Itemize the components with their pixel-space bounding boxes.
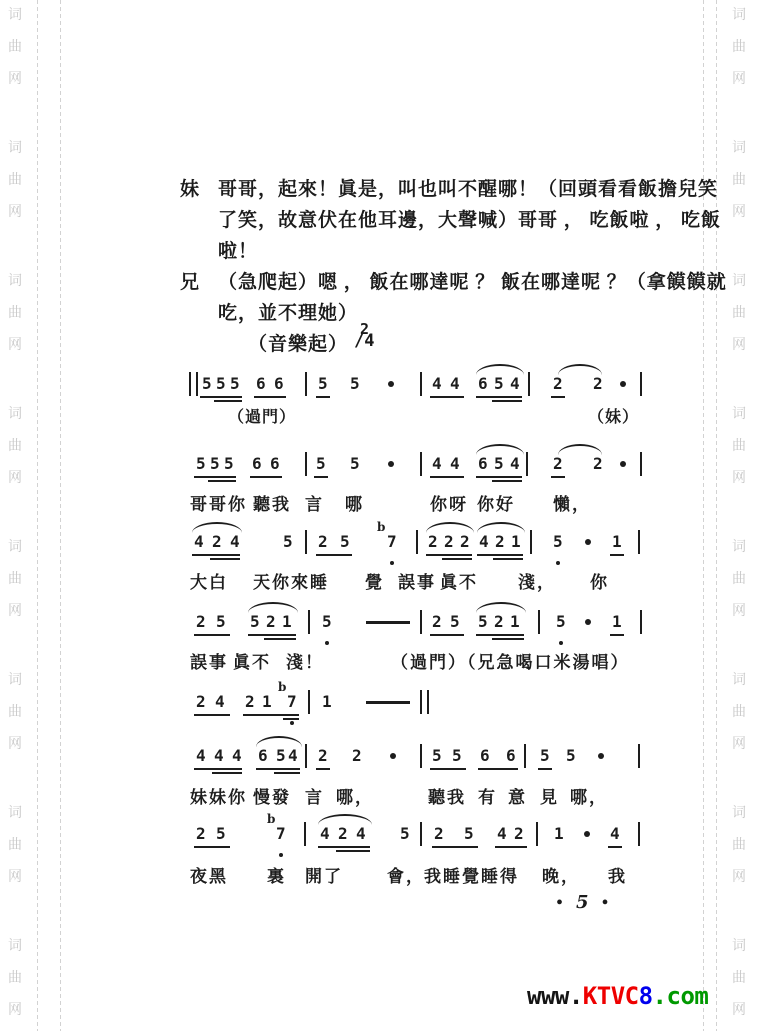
beam-underline: [316, 768, 330, 770]
barline: [530, 530, 532, 554]
score-note: 6: [478, 374, 488, 393]
augmentation-dot: [620, 461, 626, 467]
beam-underline-2: [336, 850, 370, 852]
score-note: 5: [400, 824, 410, 843]
barline: [524, 744, 526, 768]
side-watermark-char: 词: [8, 270, 22, 290]
side-watermark-char: 词: [8, 935, 22, 955]
score-note: 2: [428, 532, 438, 551]
lyric-syllable: 夜黑: [190, 862, 228, 887]
score-note: 2: [460, 532, 470, 551]
score-note: 4: [610, 824, 620, 843]
side-watermark-char: 曲: [732, 302, 746, 322]
dialogue-line: 妹哥哥，起來！眞是，叫也叫不醒哪！（回頭看看飯擔兒笑: [180, 174, 670, 205]
score-note: 2: [553, 374, 563, 393]
score-line: 44465422556655: [0, 738, 760, 784]
score-note: 6: [256, 374, 266, 393]
side-watermark-char: 网: [732, 999, 746, 1019]
score-line: 424525b722242151: [0, 524, 760, 570]
page-number-value: 5: [576, 892, 589, 913]
barline: [536, 822, 538, 846]
beam-underline-2: [283, 718, 299, 720]
score-note: 5: [196, 454, 206, 473]
score-note: 5: [224, 454, 234, 473]
score-note: 5: [350, 454, 360, 473]
score-note: 2: [196, 824, 206, 843]
lyric-row: 大白天你來睡覺誤事眞不淺，你: [0, 568, 760, 592]
lyric-syllable: 言: [305, 783, 324, 808]
score-note: 1: [612, 532, 622, 551]
side-watermark-char: 词: [8, 137, 22, 157]
beam-underline: [318, 846, 370, 848]
beam-underline: [610, 634, 624, 636]
beam-underline: [194, 634, 230, 636]
lyric-row: 誤事眞不淺！（過門）（兄急喝口米湯唱）: [0, 648, 760, 672]
score-note: 2: [432, 612, 442, 631]
beam-underline: [250, 476, 282, 478]
beam-underline: [495, 846, 527, 848]
score-note: 2: [212, 532, 222, 551]
barline: [638, 822, 640, 846]
lyric-row: 妹妹你慢發言哪，聽我有意見哪，: [0, 783, 760, 807]
barline: [305, 452, 307, 476]
beam-underline: [243, 714, 299, 716]
lyric-syllable: 會，: [387, 862, 425, 887]
score-note: 2: [196, 692, 206, 711]
beam-underline: [608, 846, 622, 848]
lyric-syllable: 懶，: [553, 490, 591, 515]
barline: [640, 452, 642, 476]
beam-underline-2: [210, 558, 240, 560]
lyric-syllable: 聽我: [253, 490, 291, 515]
side-watermark-char: 曲: [732, 169, 746, 189]
beam-underline: [192, 554, 240, 556]
score-note: 5: [350, 374, 360, 393]
lyric-syllable: 言: [305, 490, 324, 515]
score-note: 4: [230, 532, 240, 551]
score-note: 2: [196, 612, 206, 631]
score-note: 1: [612, 612, 622, 631]
beam-underline: [477, 554, 523, 556]
score-note: 5: [478, 612, 488, 631]
score-note: 5: [216, 612, 226, 631]
score-note: 4: [497, 824, 507, 843]
score-note: 5: [556, 612, 566, 631]
side-watermark-char: 词: [732, 137, 746, 157]
beam-underline: [194, 714, 230, 716]
beam-underline: [476, 634, 524, 636]
beam-underline: [200, 396, 242, 398]
side-watermark-char: 网: [8, 999, 22, 1019]
dialogue-text: 啦！: [218, 236, 258, 263]
page-number: • 5 •: [556, 892, 609, 913]
flat-sign: b: [377, 520, 385, 534]
augmentation-dot: [388, 381, 394, 387]
side-watermark-char: 曲: [8, 36, 22, 56]
score-line: 2421b71: [0, 684, 760, 730]
score-note: 5: [216, 374, 226, 393]
beam-underline: [478, 768, 518, 770]
score-note: 2: [593, 454, 603, 473]
side-watermark-char: 词: [8, 4, 22, 24]
augmentation-dot: [598, 753, 604, 759]
beam-underline-2: [442, 558, 472, 560]
side-watermark-char: 网: [8, 201, 22, 221]
dialogue-text: 吃，並不理她）: [218, 298, 358, 325]
beam-underline-2: [214, 400, 242, 402]
beam-underline: [316, 554, 352, 556]
low-octave-dot: [290, 721, 294, 725]
lyric-syllable: 天你來睡: [253, 568, 329, 593]
lyric-syllable: 我: [608, 862, 627, 887]
lyric-syllable: 哪，: [570, 783, 608, 808]
score-note: 2: [318, 532, 328, 551]
lyric-syllable: 你好: [477, 490, 515, 515]
score-note: 4: [215, 692, 225, 711]
barline: [420, 610, 422, 634]
dialogue-line: 吃，並不理她）: [180, 298, 670, 329]
score-note: 2: [444, 532, 454, 551]
beam-underline: [194, 768, 242, 770]
score-note: 2: [553, 454, 563, 473]
lyric-syllable: 妹妹你: [190, 783, 247, 808]
side-watermark-char: 网: [8, 68, 22, 88]
score-note: 4: [450, 454, 460, 473]
time-signature: 2 /4: [352, 320, 386, 358]
double-barline: [420, 690, 429, 714]
score-note: 6: [258, 746, 268, 765]
score-note: 4: [356, 824, 366, 843]
beam-underline-2: [492, 400, 522, 402]
score-note: 4: [479, 532, 489, 551]
lyric-syllable: 見: [540, 783, 559, 808]
watermark-url-segment: www.: [527, 982, 583, 1010]
double-barline: [189, 372, 198, 396]
lyric-syllable: 你呀: [430, 490, 468, 515]
side-watermark-char: 词: [732, 4, 746, 24]
lyric-syllable: 誤事: [190, 648, 228, 673]
side-watermark-char: 网: [8, 334, 22, 354]
score-note: 7: [387, 532, 397, 551]
score-note: 2: [434, 824, 444, 843]
score-note: 4: [288, 746, 298, 765]
score-note: 5: [318, 374, 328, 393]
score-note: 7: [287, 692, 297, 711]
score-annotation: （妹）: [588, 404, 639, 427]
lyric-syllable: 誤事: [398, 568, 436, 593]
score-note: 6: [252, 454, 262, 473]
score-note: 4: [510, 374, 520, 393]
low-octave-dot: [390, 561, 394, 565]
augmentation-dot: [585, 619, 591, 625]
score-note: 4: [432, 374, 442, 393]
score-line: 2552152552151: [0, 604, 760, 650]
score-note: 2: [318, 746, 328, 765]
barline: [640, 372, 642, 396]
dialogue-text: （音樂起）: [248, 329, 348, 356]
beam-underline: [256, 768, 300, 770]
barline: [640, 610, 642, 634]
beam-underline: [430, 768, 466, 770]
dialogue-line: （音樂起）: [180, 329, 670, 360]
lyric-syllable: （過門）（兄急喝口米湯唱）: [391, 648, 630, 673]
beam-underline-2: [493, 558, 523, 560]
dialogue-text: 哥哥，起來！眞是，叫也叫不醒哪！（回頭看看飯擔兒笑: [218, 174, 718, 201]
score-note: 2: [266, 612, 276, 631]
score-note: 4: [196, 746, 206, 765]
beam-underline: [538, 768, 552, 770]
score-note: 5: [450, 612, 460, 631]
dialogue-line: 啦！: [180, 236, 670, 267]
augmentation-dot: [620, 381, 626, 387]
beam-underline-2: [264, 638, 296, 640]
side-watermark-char: 网: [732, 201, 746, 221]
lyric-syllable: 裏: [267, 862, 286, 887]
score-annotation-row: （過門）（妹）: [0, 404, 760, 428]
barline: [305, 530, 307, 554]
lyric-syllable: 哪: [345, 490, 364, 515]
barline: [420, 452, 422, 476]
score-note: 4: [432, 454, 442, 473]
barline: [305, 744, 307, 768]
barline: [638, 744, 640, 768]
score-note: 5: [340, 532, 350, 551]
score-note: 5: [230, 374, 240, 393]
augmentation-dot: [388, 461, 394, 467]
score-note: 5: [494, 454, 504, 473]
held-note-dash: [366, 701, 410, 704]
dialogue-line: 兄（急爬起）嗯 ， 飯在哪達呢 ？ 飯在哪達呢 ？（拿饃饃就: [180, 267, 670, 298]
lyric-syllable: 睡得: [481, 862, 519, 887]
dialogue-line: 了笑，故意伏在他耳邊，大聲喊）哥哥 ， 吃飯啦 ， 吃飯: [180, 205, 670, 236]
lyric-syllable: 意: [508, 783, 527, 808]
barline: [308, 690, 310, 714]
score-note: 4: [214, 746, 224, 765]
score-note: 5: [540, 746, 550, 765]
score-line: 55566554465422: [0, 446, 760, 492]
low-octave-dot: [279, 853, 283, 857]
barline: [420, 744, 422, 768]
score-note: 6: [270, 454, 280, 473]
score-note: 2: [494, 612, 504, 631]
score-note: 5: [322, 612, 332, 631]
beam-underline: [551, 476, 565, 478]
barline: [526, 452, 528, 476]
page-number-dot: •: [556, 893, 563, 913]
score-note: 2: [593, 374, 603, 393]
lyric-syllable: 大白: [190, 568, 228, 593]
lyric-syllable: 我睡覺: [424, 862, 481, 887]
lyric-syllable: 淺，: [518, 568, 556, 593]
score-note: 1: [510, 612, 520, 631]
score-note: 4: [320, 824, 330, 843]
score-note: 5: [202, 374, 212, 393]
beam-underline: [610, 554, 624, 556]
lyric-row: 哥哥你聽我言哪你呀你好懶，: [0, 490, 760, 514]
side-watermark-char: 词: [732, 270, 746, 290]
score-note: 6: [506, 746, 516, 765]
score-note: 5: [276, 746, 286, 765]
side-watermark-char: 曲: [8, 302, 22, 322]
side-watermark-char: 曲: [8, 967, 22, 987]
score-note: 1: [262, 692, 272, 711]
score-note: 5: [494, 374, 504, 393]
barline: [416, 530, 418, 554]
low-octave-dot: [559, 641, 563, 645]
lyric-syllable: 聽我: [428, 783, 466, 808]
barline: [304, 822, 306, 846]
score-note: 4: [510, 454, 520, 473]
side-watermark-char: 词: [732, 935, 746, 955]
dialogue-text: 了笑，故意伏在他耳邊，大聲喊）哥哥 ， 吃飯啦 ， 吃飯: [218, 205, 721, 232]
held-note-dash: [366, 621, 410, 624]
lyric-syllable: 眞不: [440, 568, 478, 593]
beam-underline: [316, 396, 330, 398]
time-signature-denominator: /4: [354, 331, 374, 351]
lyric-syllable: 淺！: [286, 648, 324, 673]
lyric-syllable: 晚，: [542, 862, 580, 887]
score-note: 4: [450, 374, 460, 393]
beam-underline: [432, 846, 478, 848]
beam-underline: [476, 476, 522, 478]
augmentation-dot: [585, 539, 591, 545]
lyric-syllable: 有: [478, 783, 497, 808]
beam-underline: [194, 476, 236, 478]
beam-underline-2: [274, 772, 300, 774]
flat-sign: b: [278, 680, 286, 694]
score-note: 5: [250, 612, 260, 631]
lyric-row: 夜黑裏開了會，我睡覺睡得晚，我: [0, 862, 760, 886]
beam-underline: [254, 396, 286, 398]
score-note: 5: [216, 824, 226, 843]
beam-underline-2: [208, 480, 236, 482]
score-note: 1: [554, 824, 564, 843]
augmentation-dot: [584, 831, 590, 837]
lyric-syllable: 你: [590, 568, 609, 593]
watermark-url-segment: 8: [639, 982, 653, 1010]
score-line: 25b74245254214: [0, 816, 760, 862]
bottom-watermark: www.KTVC8.com: [527, 982, 708, 1010]
speaker-label: 兄: [180, 267, 200, 294]
score-note: 6: [480, 746, 490, 765]
score-note: 1: [282, 612, 292, 631]
score-note: 2: [338, 824, 348, 843]
score-note: 5: [316, 454, 326, 473]
lyric-syllable: 慢發: [253, 783, 291, 808]
dialogue-block: 妹哥哥，起來！眞是，叫也叫不醒哪！（回頭看看飯擔兒笑了笑，故意伏在他耳邊，大聲喊…: [180, 174, 670, 360]
score-note: 6: [274, 374, 284, 393]
barline: [420, 822, 422, 846]
score-note: 2: [495, 532, 505, 551]
score-note: 2: [514, 824, 524, 843]
lyric-syllable: 哥哥你: [190, 490, 247, 515]
barline: [420, 372, 422, 396]
score-note: 1: [322, 692, 332, 711]
speaker-label: 妹: [180, 174, 200, 201]
barline: [308, 610, 310, 634]
score-note: 5: [553, 532, 563, 551]
watermark-url-segment: KTVC: [583, 982, 639, 1010]
side-watermark-char: 曲: [732, 36, 746, 56]
barline: [528, 372, 530, 396]
dialogue-text: （急爬起）嗯 ， 飯在哪達呢 ？ 飯在哪達呢 ？（拿饃饃就: [218, 267, 727, 294]
score-note: 5: [432, 746, 442, 765]
lyric-syllable: 眞不: [233, 648, 271, 673]
beam-underline: [314, 476, 328, 478]
watermark-url-segment: .com: [653, 982, 709, 1010]
lyric-syllable: 覺: [365, 568, 384, 593]
beam-underline: [476, 396, 522, 398]
score-note: 5: [210, 454, 220, 473]
beam-underline: [248, 634, 296, 636]
score-note: 6: [478, 454, 488, 473]
beam-underline: [551, 396, 565, 398]
page-number-dot: •: [602, 893, 609, 913]
score-note: 5: [566, 746, 576, 765]
beam-underline: [430, 634, 464, 636]
score-note: 2: [352, 746, 362, 765]
score-note: 1: [511, 532, 521, 551]
score-note: 7: [276, 824, 286, 843]
beam-underline-2: [212, 772, 242, 774]
score-note: 5: [283, 532, 293, 551]
low-octave-dot: [325, 641, 329, 645]
barline: [305, 372, 307, 396]
low-octave-dot: [556, 561, 560, 565]
score-note: 4: [232, 746, 242, 765]
beam-underline: [430, 396, 464, 398]
score-note: 5: [452, 746, 462, 765]
score-note: 2: [245, 692, 255, 711]
flat-sign: b: [267, 812, 275, 826]
score-note: 4: [194, 532, 204, 551]
beam-underline-2: [492, 480, 522, 482]
side-watermark-char: 曲: [8, 169, 22, 189]
beam-underline: [430, 476, 464, 478]
side-watermark-char: 网: [732, 68, 746, 88]
beam-underline-2: [492, 638, 524, 640]
score-annotation: （過門）: [228, 404, 296, 427]
side-watermark-char: 网: [732, 334, 746, 354]
score-note: 5: [464, 824, 474, 843]
barline: [638, 530, 640, 554]
beam-underline: [194, 846, 230, 848]
lyric-syllable: 哪，: [336, 783, 374, 808]
side-watermark-char: 曲: [732, 967, 746, 987]
sheet-music-page: 词曲网词曲网词曲网词曲网词曲网词曲网词曲网词曲网 词曲网词曲网词曲网词曲网词曲网…: [0, 0, 760, 1031]
lyric-syllable: 開了: [305, 862, 343, 887]
barline: [538, 610, 540, 634]
beam-underline: [426, 554, 472, 556]
augmentation-dot: [390, 753, 396, 759]
